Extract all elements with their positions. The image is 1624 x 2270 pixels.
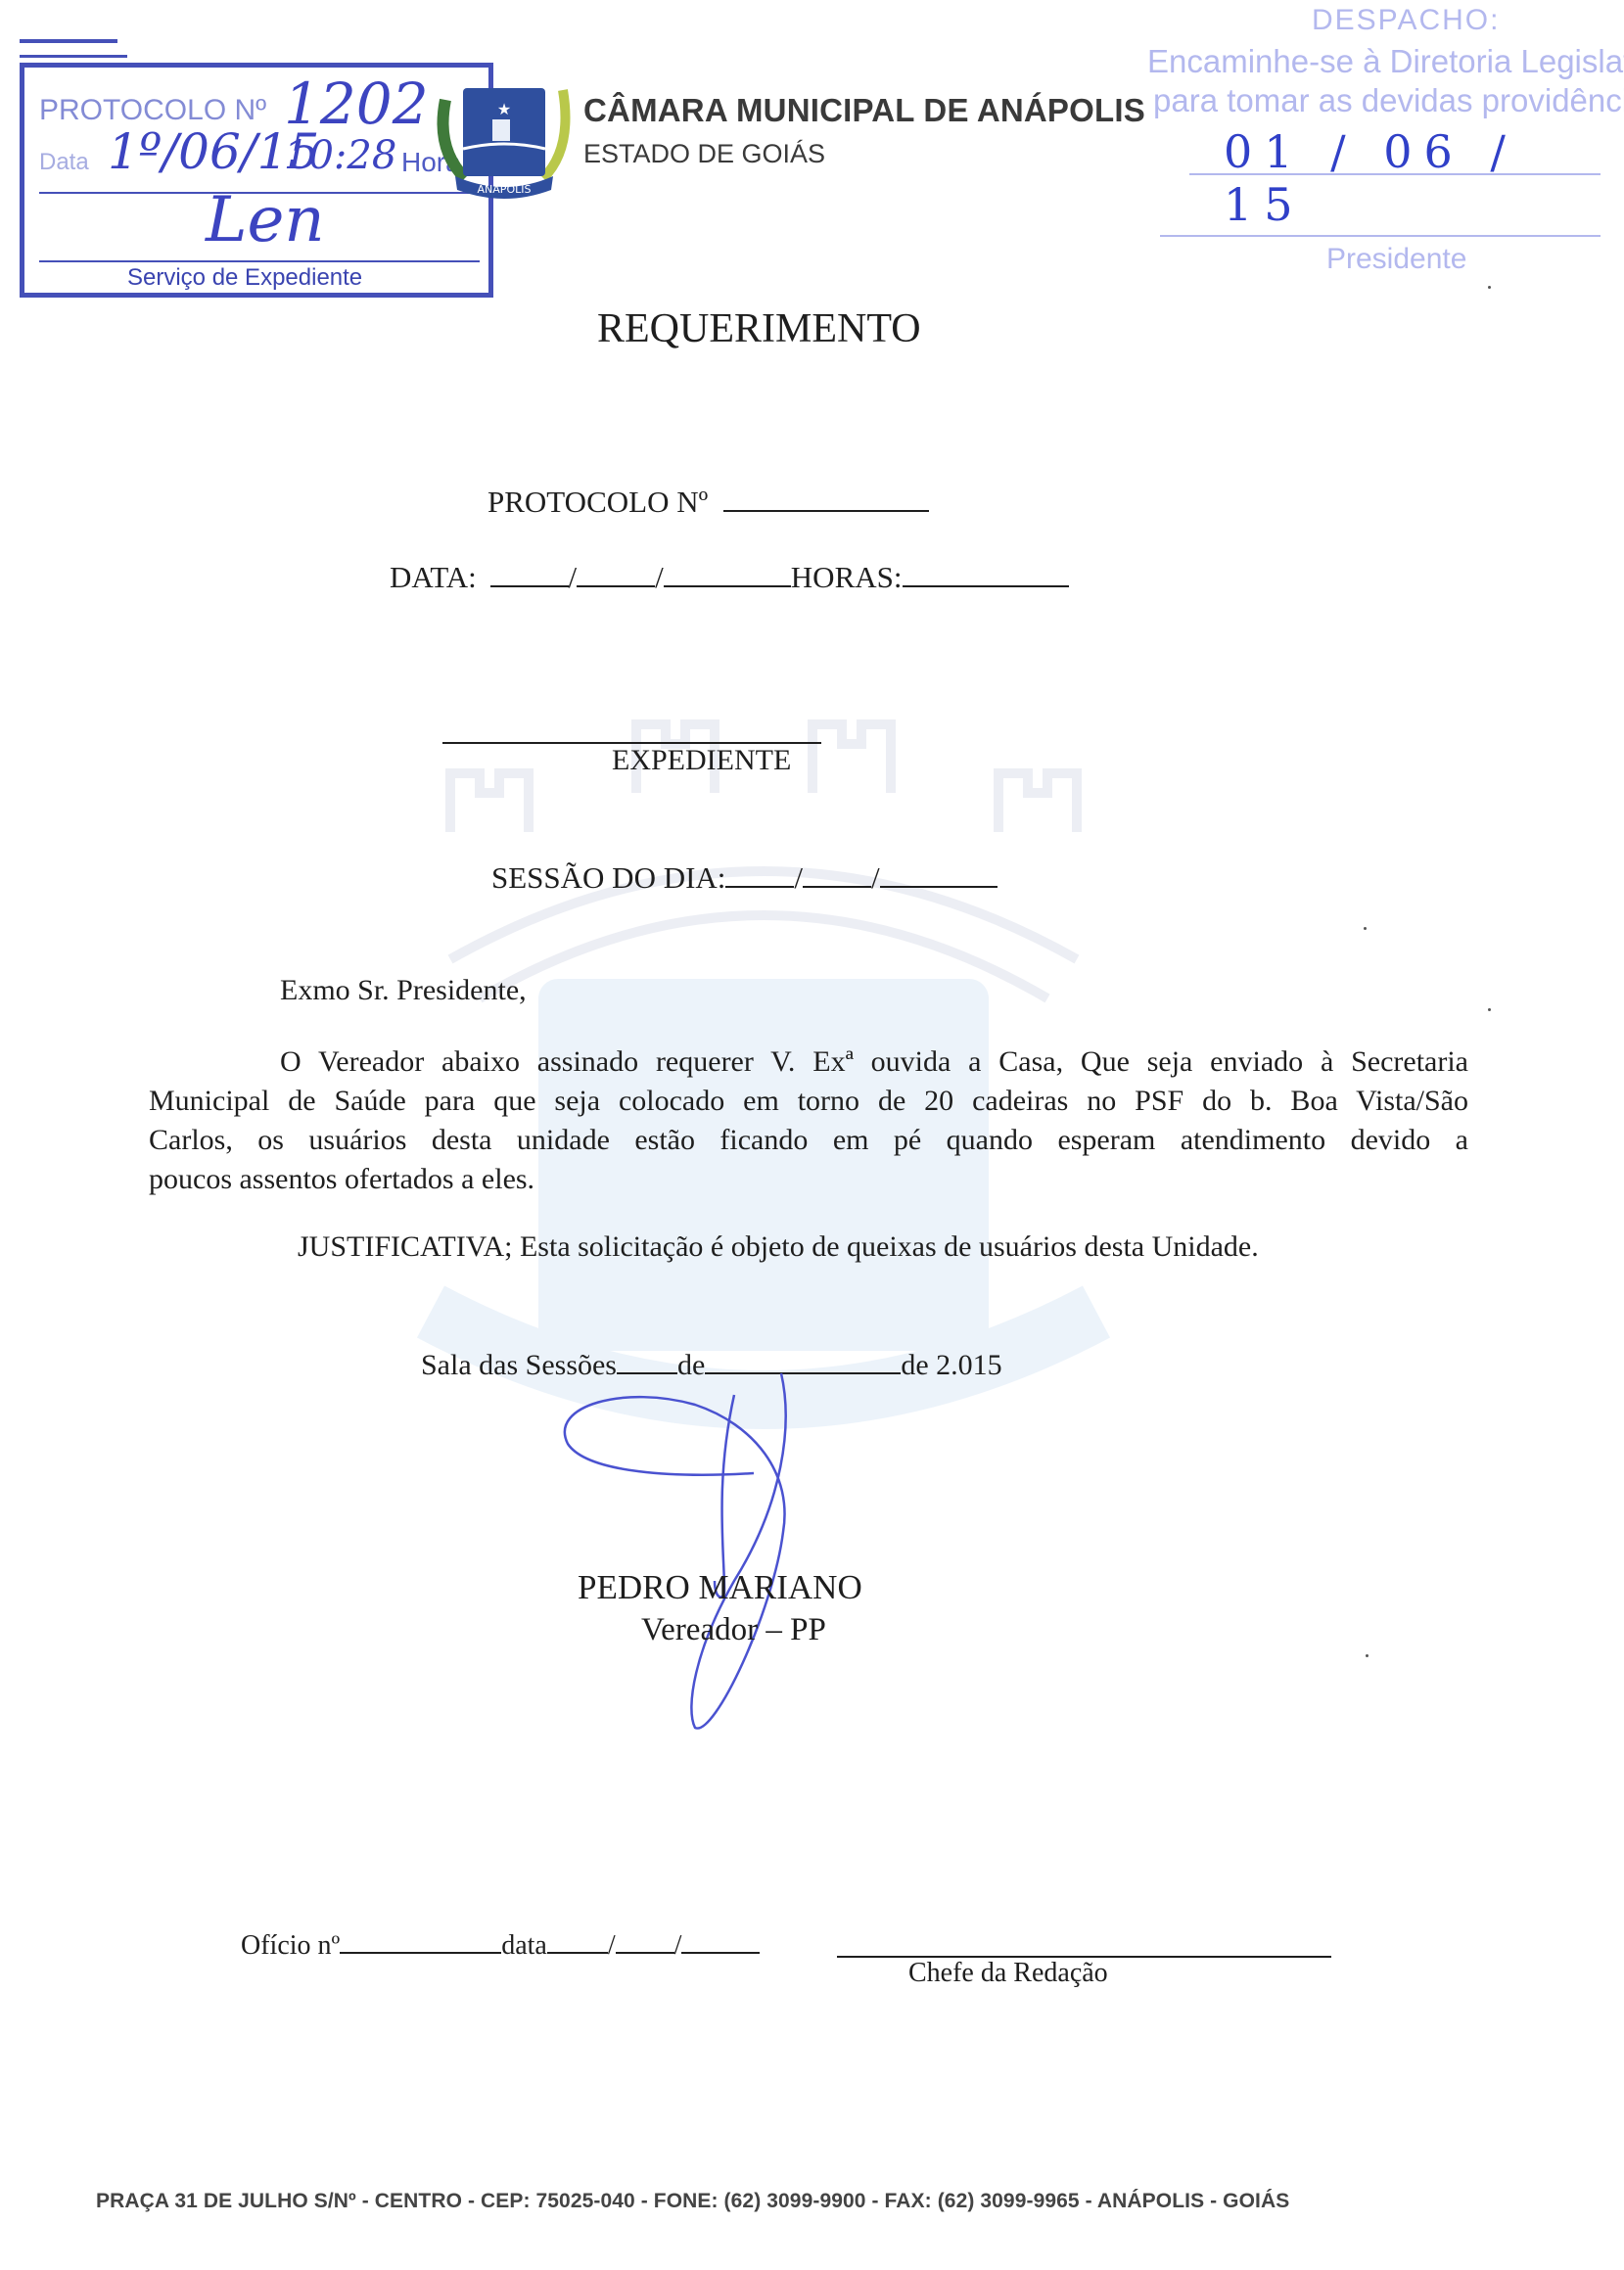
body-line-4: poucos assentos ofertados a eles. [149, 1160, 1468, 1199]
horas-blank[interactable] [903, 555, 1069, 587]
despacho-date: 01 / 06 / 15 [1224, 125, 1624, 231]
despacho-line-1: Encaminhe-se à Diretoria Legislat [1147, 43, 1624, 80]
data-day-blank[interactable] [490, 555, 569, 587]
signer-role: Vereador – PP [641, 1612, 826, 1648]
coat-of-arms-icon: ★ ANÁPOLIS [436, 61, 573, 208]
horas-label: HORAS: [791, 560, 903, 594]
expediente-label: EXPEDIENTE [612, 744, 791, 777]
request-body: O Vereador abaixo assinado requerer V. E… [149, 1042, 1468, 1199]
protocolo-field: PROTOCOLO Nº [487, 480, 929, 520]
protocolo-blank[interactable] [723, 480, 929, 512]
protocol-stamp-data-label: Data [39, 149, 89, 176]
oficio-day-blank[interactable] [547, 1924, 608, 1954]
state-name: ESTADO DE GOIÁS [583, 139, 825, 169]
despacho-signature-label: Presidente [1326, 243, 1466, 276]
body-line-2: Municipal de Saúde para que seja colocad… [149, 1082, 1468, 1121]
coat-of-arms-ribbon: ANÁPOLIS [478, 183, 532, 196]
sala-year: de 2.015 [901, 1349, 1001, 1381]
data-label: DATA: [390, 560, 477, 594]
sessao-label: SESSÃO DO DIA: [491, 860, 725, 895]
scan-dot [1364, 927, 1367, 930]
svg-text:★: ★ [497, 100, 511, 118]
sessao-field: SESSÃO DO DIA:// [491, 856, 998, 896]
oficio-number-blank[interactable] [340, 1924, 501, 1954]
protocol-stamp-top-bar [20, 39, 117, 43]
oficio-month-blank[interactable] [616, 1924, 674, 1954]
scan-dot [1366, 1654, 1369, 1657]
despacho-title: DESPACHO: [1312, 4, 1500, 37]
protocol-stamp-footer: Serviço de Expediente [127, 264, 362, 292]
sessao-year-blank[interactable] [880, 856, 998, 888]
data-month-blank[interactable] [577, 555, 655, 587]
despacho-rule-1 [1189, 173, 1601, 175]
protocol-stamp-initials: Len [206, 184, 325, 256]
protocol-stamp-label: PROTOCOLO Nº [39, 94, 266, 127]
despacho-line-2: para tomar as devidas providênci [1153, 82, 1624, 119]
data-year-blank[interactable] [664, 555, 791, 587]
scan-dot [1488, 1008, 1491, 1011]
justification: JUSTIFICATIVA; Esta solicitação é objeto… [298, 1230, 1259, 1264]
institution-name: CÂMARA MUNICIPAL DE ANÁPOLIS [583, 92, 1145, 129]
protocol-stamp-rule-2 [39, 260, 480, 262]
signature-scribble [548, 1366, 822, 1737]
oficio-field: Ofício nºdata// [241, 1924, 760, 1962]
scan-dot [1488, 286, 1491, 289]
sessao-month-blank[interactable] [803, 856, 871, 888]
signer-name: PEDRO MARIANO [578, 1568, 862, 1607]
body-line-3: Carlos, os usuários desta unidade estão … [149, 1121, 1468, 1160]
protocol-stamp-top-bar-2 [20, 55, 127, 58]
protocolo-label: PROTOCOLO Nº [487, 485, 708, 519]
oficio-year-blank[interactable] [681, 1924, 760, 1954]
data-horas-field: DATA: //HORAS: [390, 555, 1069, 595]
protocol-stamp-time: 10:28 [284, 133, 396, 178]
salutation: Exmo Sr. Presidente, [280, 974, 527, 1007]
document-title: REQUERIMENTO [597, 305, 921, 352]
chefe-label: Chefe da Redação [908, 1958, 1108, 1989]
oficio-data-label: data [501, 1930, 547, 1961]
sessao-day-blank[interactable] [725, 856, 794, 888]
oficio-label: Ofício nº [241, 1930, 340, 1961]
despacho-rule-2 [1160, 235, 1601, 237]
footer-address: PRAÇA 31 DE JULHO S/Nº - CENTRO - CEP: 7… [96, 2190, 1289, 2213]
body-line-1: O Vereador abaixo assinado requerer V. E… [149, 1042, 1468, 1082]
